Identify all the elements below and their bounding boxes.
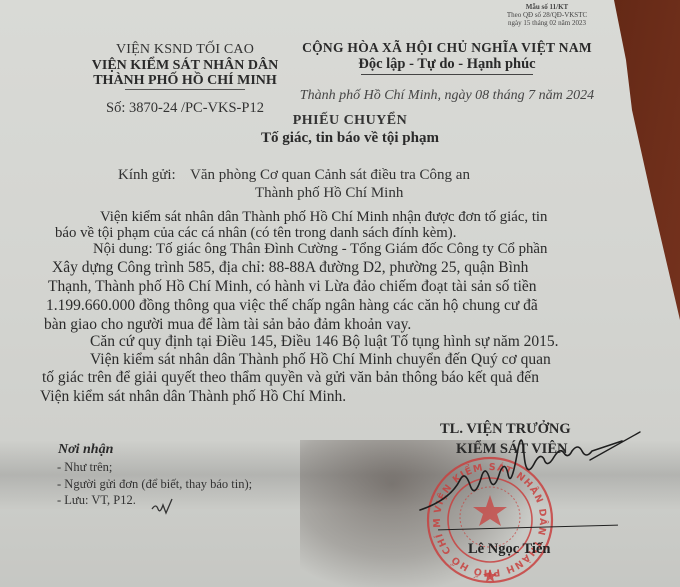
addressee-label: Kính gửi: bbox=[118, 167, 176, 184]
body-paragraph-1-line-2: báo về tội phạm của các cá nhân (có tên … bbox=[55, 225, 456, 243]
initials-mark-icon bbox=[150, 495, 180, 515]
form-code-date: ngày 15 tháng 02 năm 2023 bbox=[482, 19, 612, 27]
body-paragraph-1-line-1: Viện kiểm sát nhân dân Thành phố Hồ Chí … bbox=[100, 209, 547, 227]
nation-name: CỘNG HÒA XÃ HỘI CHỦ NGHĨA VIỆT NAM bbox=[292, 40, 602, 56]
body-paragraph-2-line-1: Nội dung: Tố giác ông Thân Đình Cường - … bbox=[93, 241, 547, 259]
body-paragraph-3: Căn cứ quy định tại Điều 145, Điều 146 B… bbox=[90, 333, 559, 351]
body-paragraph-4-line-1: Viện kiểm sát nhân dân Thành phố Hồ Chí … bbox=[90, 351, 551, 369]
addressee-line2: Thành phố Hồ Chí Minh bbox=[255, 185, 403, 202]
document-title: PHIẾU CHUYỂN bbox=[150, 113, 550, 129]
issuer-header: VIỆN KSND TỐI CAO VIỆN KIỂM SÁT NHÂN DÂN… bbox=[60, 42, 310, 117]
body-paragraph-2-line-3: Thạnh, Thành phố Hồ Chí Minh, có hành vi… bbox=[48, 278, 537, 296]
handwritten-signature-icon bbox=[415, 425, 655, 535]
signer-name: Lê Ngọc Tiến bbox=[468, 541, 550, 558]
recipient-item: - Như trên; bbox=[57, 460, 112, 475]
recipients-heading: Nơi nhận bbox=[58, 442, 113, 458]
national-motto: Độc lập - Tự do - Hạnh phúc bbox=[292, 56, 602, 73]
form-code-number: Mẫu số 11/KT bbox=[482, 3, 612, 11]
organization-name-line1: VIỆN KIỂM SÁT NHÂN DÂN bbox=[60, 58, 310, 73]
body-paragraph-2-line-4: 1.199.660.000 đồng thông qua việc thế ch… bbox=[46, 297, 538, 315]
issuer-underline bbox=[125, 89, 245, 90]
body-paragraph-2-line-2: Xây dựng Công trình 585, địa chỉ: 88-88A… bbox=[52, 259, 528, 277]
document-subtitle: Tố giác, tin báo về tội phạm bbox=[150, 130, 550, 147]
addressee-line1: Văn phòng Cơ quan Cảnh sát điều tra Công… bbox=[190, 167, 470, 184]
form-code: Mẫu số 11/KT Theo QĐ số 28/QĐ-VKSTC ngày… bbox=[482, 3, 612, 27]
place-date-line: Thành phố Hồ Chí Minh, ngày 08 tháng 7 n… bbox=[292, 88, 602, 104]
organization-name-line2: THÀNH PHỐ HỒ CHÍ MINH bbox=[60, 73, 310, 88]
recipient-item: - Lưu: VT, P12. bbox=[57, 493, 136, 508]
national-header: CỘNG HÒA XÃ HỘI CHỦ NGHĨA VIỆT NAM Độc l… bbox=[292, 40, 602, 104]
motto-underline bbox=[361, 74, 533, 75]
recipient-item: - Người gửi đơn (để biết, thay báo tin); bbox=[57, 477, 252, 492]
form-code-decision: Theo QĐ số 28/QĐ-VKSTC bbox=[482, 11, 612, 19]
parent-organization: VIỆN KSND TỐI CAO bbox=[60, 42, 310, 58]
body-paragraph-2-line-5: bàn giao cho người mua để làm tài sản bả… bbox=[44, 316, 411, 334]
body-paragraph-4-line-3: Viện kiểm sát nhân dân Thành phố Hồ Chí … bbox=[40, 388, 346, 406]
body-paragraph-4-line-2: tố giác trên để giải quyết theo thẩm quy… bbox=[42, 369, 539, 387]
